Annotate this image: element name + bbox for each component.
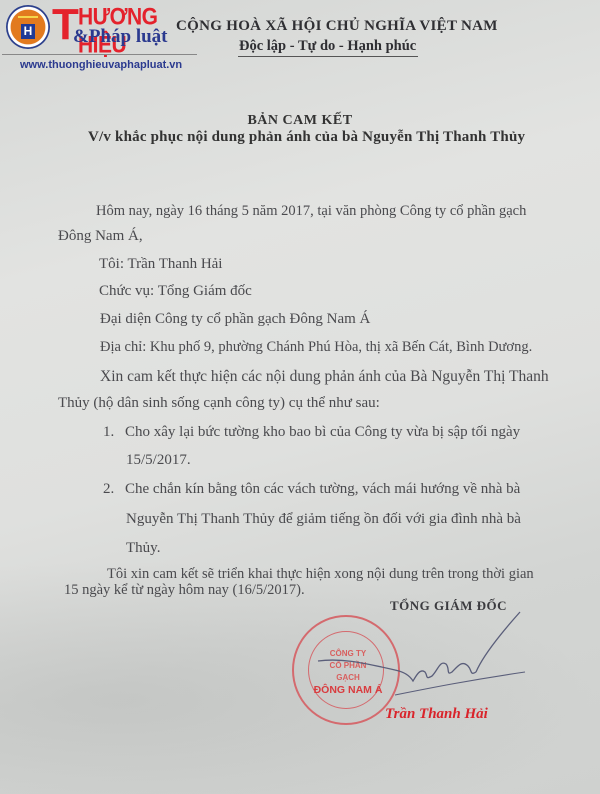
national-title: CỘNG HOÀ XÃ HỘI CHỦ NGHĨA VIỆT NAM xyxy=(176,18,498,35)
list-number: 1. xyxy=(103,424,125,441)
brand-url: www.thuonghieuvaphapluat.vn xyxy=(20,59,182,71)
body-line: Hôm nay, ngày 16 tháng 5 năm 2017, tại v… xyxy=(96,203,526,220)
closing-line: Tôi xin cam kết sẽ triển khai thực hiện … xyxy=(107,566,534,583)
representative-line: Đại diện Công ty cổ phần gạch Đông Nam Á xyxy=(100,311,370,328)
list-text-continued: 15/5/2017. xyxy=(126,452,191,469)
list-item: 2.Che chắn kín bằng tôn các vách tường, … xyxy=(103,481,520,498)
seal-text: CÔNG TY xyxy=(294,649,402,658)
brand-divider xyxy=(2,54,197,55)
signer-title: TỔNG GIÁM ĐỐC xyxy=(390,598,507,614)
document-subject: V/v khắc phục nội dung phản ánh của bà N… xyxy=(88,129,525,146)
seal-inner-ring xyxy=(308,631,384,709)
publisher-watermark: H T HƯƠNG HIỆU &Pháp luật www.thuonghieu… xyxy=(0,0,200,72)
address-line: Địa chỉ: Khu phố 9, phường Chánh Phú Hòa… xyxy=(100,339,532,356)
list-item: 1.Cho xây lại bức tường kho bao bì của C… xyxy=(103,424,520,441)
signer-name: Trần Thanh Hải xyxy=(385,706,488,723)
scale-bar xyxy=(18,16,38,18)
company-seal: CÔNG TY CỔ PHẦN GẠCH ĐÔNG NAM Á xyxy=(292,615,400,725)
document-title: BẢN CAM KẾT xyxy=(0,113,600,129)
body-line: Thủy (hộ dân sinh sống cạnh công ty) cụ … xyxy=(58,395,380,412)
seal-company-name: ĐÔNG NAM Á xyxy=(294,684,402,696)
list-text: Che chắn kín bằng tôn các vách tường, vá… xyxy=(125,481,520,497)
badge-letter: H xyxy=(21,24,35,39)
body-line: Xin cam kết thực hiện các nội dung phản … xyxy=(100,368,549,386)
motto-underline xyxy=(238,56,418,57)
seal-text: GẠCH xyxy=(294,673,402,682)
body-line: Đông Nam Á, xyxy=(58,228,143,245)
national-motto: Độc lập - Tự do - Hạnh phúc xyxy=(239,38,416,55)
position-line: Chức vụ: Tổng Giám đốc xyxy=(99,283,252,300)
scales-badge-icon: H xyxy=(6,5,50,49)
list-text-continued: Nguyễn Thị Thanh Thủy để giảm tiếng ồn đ… xyxy=(126,511,521,528)
list-text: Cho xây lại bức tường kho bao bì của Côn… xyxy=(125,424,520,440)
closing-line: 15 ngày kể từ ngày hôm nay (16/5/2017). xyxy=(64,582,305,599)
list-number: 2. xyxy=(103,481,125,498)
signer-name-line: Tôi: Trần Thanh Hải xyxy=(99,256,222,273)
brand-name-bottom: &Pháp luật xyxy=(73,26,168,48)
list-text-continued: Thủy. xyxy=(126,540,160,557)
seal-text: CỔ PHẦN xyxy=(294,661,402,670)
